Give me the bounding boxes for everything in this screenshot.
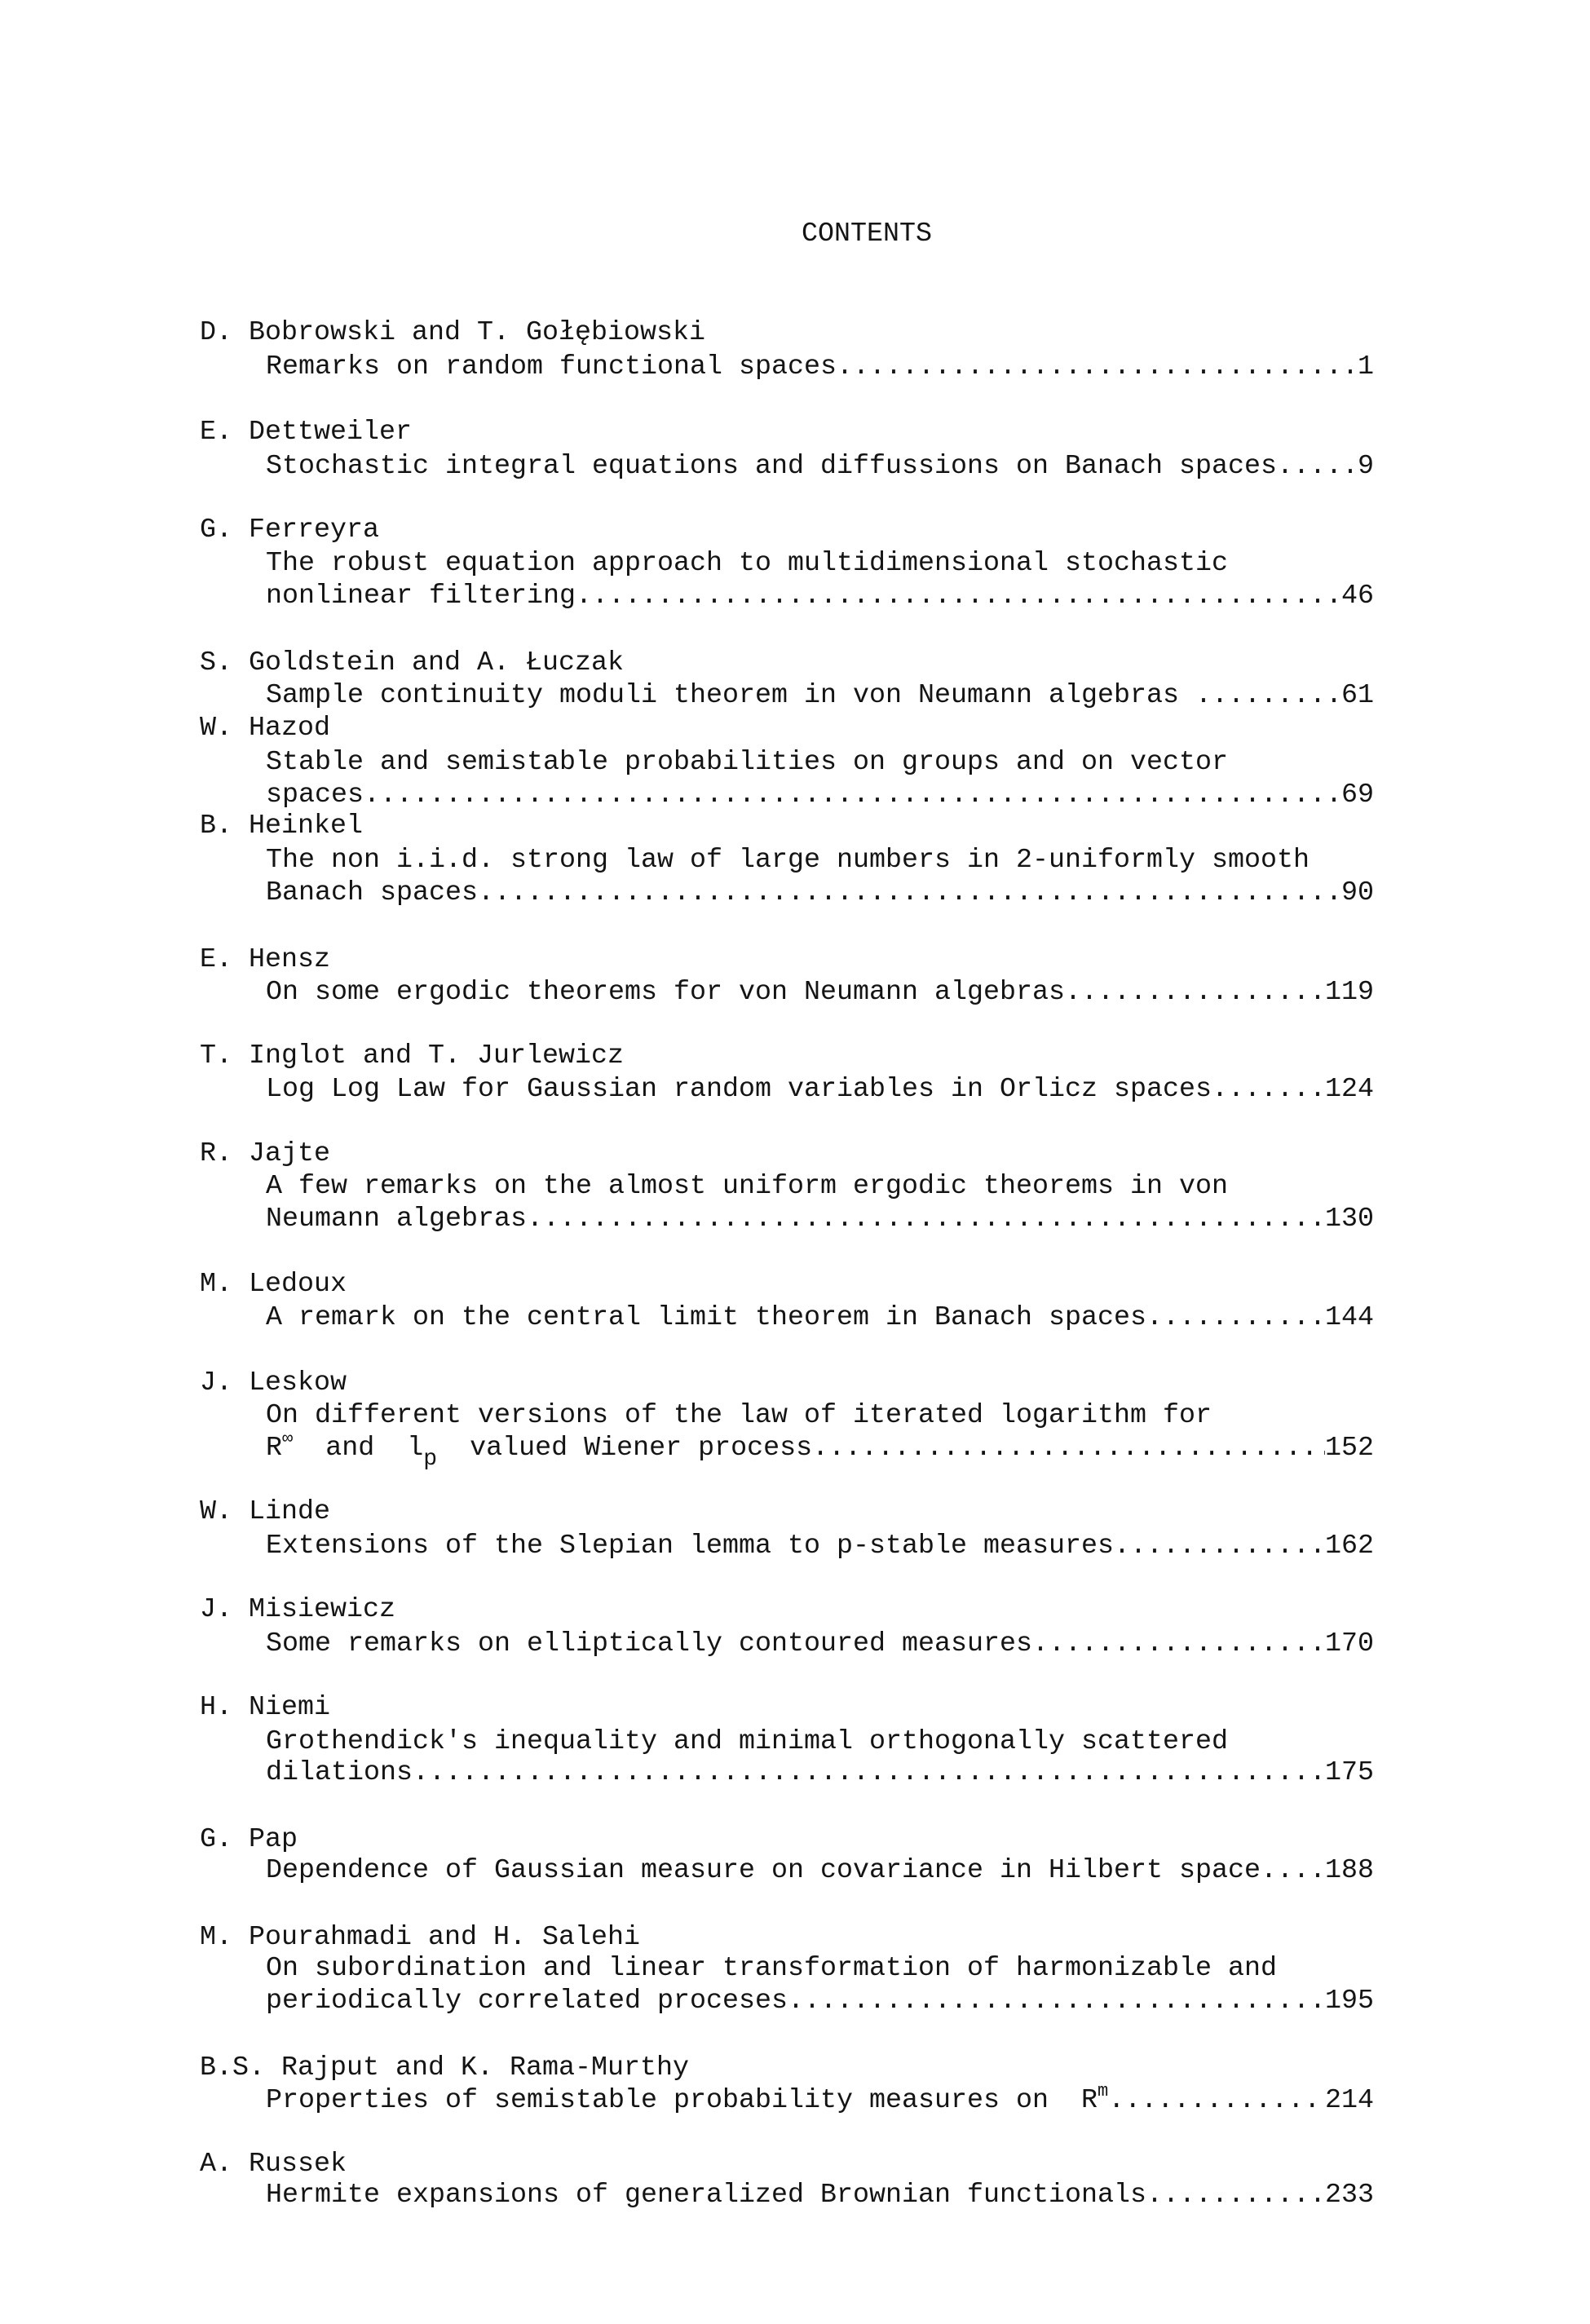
page-number: 170	[1325, 1628, 1374, 1660]
page-number: 90	[1341, 877, 1374, 909]
entry-title-line[interactable]: Properties of semistable probability mea…	[266, 2084, 1374, 2117]
dot-leader	[1277, 450, 1358, 483]
entry-authors: T. Inglot and T. Jurlewicz	[200, 1040, 624, 1072]
entry-authors: J. Misiewicz	[200, 1593, 395, 1626]
r-symbol: R	[266, 1433, 282, 1464]
entry-authors: M. Ledoux	[200, 1268, 347, 1301]
entry-title-line[interactable]: Hermite expansions of generalized Browni…	[266, 2179, 1374, 2211]
page-number: 162	[1325, 1530, 1374, 1562]
entry-authors: B.S. Rajput and K. Rama-Murthy	[200, 2052, 689, 2084]
entry-title: Some remarks on elliptically contoured m…	[266, 1628, 1032, 1660]
entry-title: Dependence of Gaussian measure on covari…	[266, 1854, 1261, 1887]
page-number: 9	[1358, 450, 1374, 483]
entry-authors: S. Goldstein and A. Łuczak	[200, 647, 624, 679]
entry-title-line[interactable]: nonlinear filtering 46	[266, 580, 1374, 612]
entry-title: Banach spaces	[266, 877, 478, 909]
entry-title: On some ergodic theorems for von Neumann…	[266, 976, 1065, 1009]
entry-authors: J. Leskow	[200, 1367, 347, 1399]
m-superscript: m	[1098, 2081, 1108, 2101]
entry-title: Stable and semistable probabilities on g…	[266, 746, 1228, 779]
entry-title: Neumann algebras	[266, 1203, 527, 1235]
dot-leader	[1032, 1628, 1325, 1660]
entry-title: R∞ and lp valued Wiener process	[266, 1432, 812, 1465]
and-text: and	[293, 1433, 407, 1464]
page-number: 119	[1325, 976, 1374, 1009]
dot-leader	[1108, 2084, 1325, 2117]
infinity-superscript: ∞	[282, 1429, 293, 1449]
dot-leader	[413, 1756, 1325, 1789]
entry-title: spaces	[266, 779, 364, 811]
entry-authors: E. Hensz	[200, 943, 330, 976]
entry-authors: A. Russek	[200, 2148, 347, 2180]
page-number: 233	[1325, 2179, 1374, 2211]
entry-title: Properties of semistable probability mea…	[266, 2084, 1108, 2117]
entry-authors: B. Heinkel	[200, 810, 363, 842]
entry-title: A remark on the central limit theorem in…	[266, 1301, 1146, 1334]
entry-title-line[interactable]: Extensions of the Slepian lemma to p-sta…	[266, 1530, 1374, 1562]
entry-authors: G. Ferreyra	[200, 514, 379, 546]
entry-title-line[interactable]: spaces 69	[266, 779, 1374, 811]
title-rest: valued Wiener process	[437, 1433, 812, 1464]
entry-title: periodically correlated proceses	[266, 1985, 788, 2017]
page-number: 124	[1325, 1073, 1374, 1106]
page-number: 214	[1325, 2084, 1374, 2117]
entry-title: Stochastic integral equations and diffus…	[266, 450, 1277, 483]
entry-title-line[interactable]: On some ergodic theorems for von Neumann…	[266, 976, 1374, 1009]
entry-authors: G. Pap	[200, 1823, 298, 1856]
dot-leader	[1065, 976, 1325, 1009]
dot-leader	[812, 1432, 1325, 1465]
dot-leader	[576, 580, 1341, 612]
entry-authors: M. Pourahmadi and H. Salehi	[200, 1921, 640, 1954]
dot-leader	[1195, 679, 1341, 712]
entry-title: On different versions of the law of iter…	[266, 1399, 1212, 1432]
dot-leader	[478, 877, 1341, 909]
entry-title-line[interactable]: Sample continuity moduli theorem in von …	[266, 679, 1374, 712]
entry-title-line[interactable]: Stochastic integral equations and diffus…	[266, 450, 1374, 483]
entry-title: Remarks on random functional spaces	[266, 351, 837, 383]
entry-title: Hermite expansions of generalized Browni…	[266, 2179, 1146, 2211]
entry-title: Log Log Law for Gaussian random variable…	[266, 1073, 1212, 1106]
entry-title: On subordination and linear transformati…	[266, 1952, 1277, 1985]
entry-title: nonlinear filtering	[266, 580, 576, 612]
entry-authors: D. Bobrowski and T. Gołębiowski	[200, 316, 705, 349]
entry-title: Extensions of the Slepian lemma to p-sta…	[266, 1530, 1114, 1562]
entry-title-line[interactable]: Some remarks on elliptically contoured m…	[266, 1628, 1374, 1660]
entry-authors: E. Dettweiler	[200, 416, 412, 448]
entry-title-line[interactable]: dilations 175	[266, 1756, 1374, 1789]
entry-title: dilations	[266, 1756, 413, 1789]
entry-title-line[interactable]: R∞ and lp valued Wiener process 152	[266, 1432, 1374, 1465]
entry-authors: W. Hazod	[200, 712, 330, 744]
contents-page: CONTENTS D. Bobrowski and T. Gołębiowski…	[0, 0, 1590, 2324]
dot-leader	[788, 1985, 1325, 2017]
page-number: 69	[1341, 779, 1374, 811]
entry-title: The robust equation approach to multidim…	[266, 547, 1228, 580]
page-number: 1	[1358, 351, 1374, 383]
entry-title-line[interactable]: Neumann algebras 130	[266, 1203, 1374, 1235]
entry-title-line[interactable]: Log Log Law for Gaussian random variable…	[266, 1073, 1374, 1106]
dot-leader	[1114, 1530, 1325, 1562]
entry-authors: H. Niemi	[200, 1691, 330, 1724]
entry-title: Sample continuity moduli theorem in von …	[266, 679, 1195, 712]
r-symbol: R	[1081, 2085, 1098, 2116]
page-number: 144	[1325, 1301, 1374, 1334]
entry-title-line[interactable]: A remark on the central limit theorem in…	[266, 1301, 1374, 1334]
dot-leader	[1212, 1073, 1325, 1106]
page-number: 195	[1325, 1985, 1374, 2017]
entry-title-line[interactable]: periodically correlated proceses 195	[266, 1985, 1374, 2017]
page-number: 175	[1325, 1756, 1374, 1789]
entry-authors: R. Jajte	[200, 1138, 330, 1170]
entry-title-line[interactable]: Remarks on random functional spaces 1	[266, 351, 1374, 383]
page-number: 61	[1341, 679, 1374, 712]
dot-leader	[1146, 2179, 1325, 2211]
dot-leader	[527, 1203, 1325, 1235]
entry-title: The non i.i.d. strong law of large numbe…	[266, 844, 1310, 877]
entry-title-line[interactable]: Dependence of Gaussian measure on covari…	[266, 1854, 1374, 1887]
entry-title: Grothendick's inequality and minimal ort…	[266, 1725, 1228, 1758]
entry-title-line[interactable]: Banach spaces 90	[266, 877, 1374, 909]
dot-leader	[837, 351, 1358, 383]
page-title: CONTENTS	[802, 218, 932, 250]
page-number: 130	[1325, 1203, 1374, 1235]
page-number: 188	[1325, 1854, 1374, 1887]
page-number: 46	[1341, 580, 1374, 612]
entry-title: A few remarks on the almost uniform ergo…	[266, 1170, 1228, 1203]
entry-authors: W. Linde	[200, 1496, 330, 1528]
page-number: 152	[1325, 1432, 1374, 1465]
dot-leader	[1261, 1854, 1325, 1887]
dot-leader	[364, 779, 1341, 811]
dot-leader	[1146, 1301, 1325, 1334]
title-text: Properties of semistable probability mea…	[266, 2085, 1081, 2116]
p-subscript: p	[423, 1447, 437, 1472]
l-symbol: l	[407, 1433, 423, 1464]
